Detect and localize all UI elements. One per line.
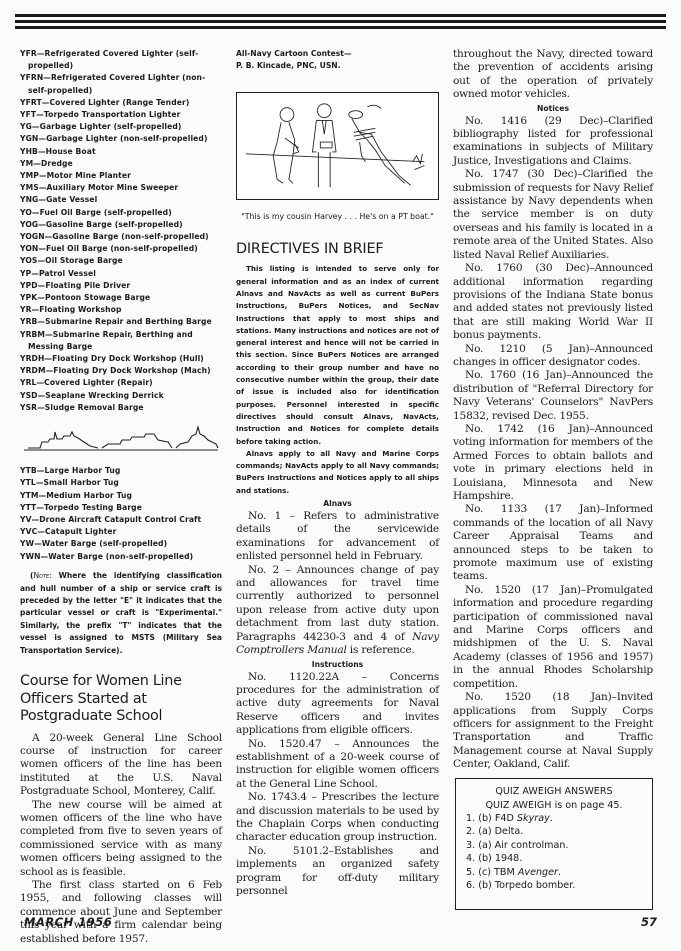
list-item: YOS—Oil Storage Barge: [20, 255, 222, 267]
list-item: YPD—Floating Pile Driver: [20, 280, 222, 292]
list-item: YOGN—Gasoline Barge (non-self-propelled): [20, 231, 222, 243]
list-item: YTB—Large Harbor Tug: [20, 465, 222, 477]
list-item: YOG—Gasoline Barge (self-propelled): [20, 219, 222, 231]
list-item: YFRN—Refrigerated Covered Lighter (non-s…: [20, 72, 222, 96]
list-item: YVC—Catapult Lighter: [20, 526, 222, 538]
list-item: YHB—House Boat: [20, 146, 222, 158]
list-item: YV—Drone Aircraft Catapult Control Craft: [20, 514, 222, 526]
page-number: 57: [641, 915, 657, 929]
cartoon-illustration: [236, 92, 439, 200]
note-label: Note:: [33, 571, 51, 580]
quiz-answer: 5. (c) TBM Avenger.: [466, 866, 642, 879]
list-item: YFT—Torpedo Transportation Lighter: [20, 109, 222, 121]
instruction-item: No. 1520.47 – Announces the establishmen…: [236, 738, 439, 792]
quiz-title: QUIZ AWEIGH ANSWERS: [466, 785, 642, 799]
instruction-item: No. 5101.2–Establishes and implements an…: [236, 845, 439, 899]
ships-silhouette-divider-icon: [20, 422, 222, 454]
list-item: YTM—Medium Harbor Tug: [20, 490, 222, 502]
notices-heading: Notices: [453, 103, 653, 114]
notice-item: No. 1210 (5 Jan)–Announced changes in of…: [453, 343, 653, 370]
notice-item: No. 1742 (16 Jan)–Announced voting infor…: [453, 423, 653, 503]
notice-item: No. 1520 (17 Jan)–Promulgated informatio…: [453, 584, 653, 691]
classification-list-b: YTB—Large Harbor Tug YTL—Small Harbor Tu…: [20, 465, 222, 563]
quiz-answer: 6. (b) Torpedo bomber.: [466, 879, 642, 892]
list-item: YSD—Seaplane Wrecking Derrick: [20, 390, 222, 402]
list-item: YRL—Covered Lighter (Repair): [20, 377, 222, 389]
quiz-subtitle: QUIZ AWEIGH is on page 45.: [466, 799, 642, 813]
cartoon-caption: "This is my cousin Harvey . . . He's on …: [236, 211, 439, 223]
notice-item: No. 1760 (16 Jan)–Announced the distribu…: [453, 369, 653, 423]
list-item: YGN—Garbage Lighter (non-self-propelled): [20, 133, 222, 145]
list-item: YRBM—Submarine Repair, Berthing and Mess…: [20, 329, 222, 353]
notice-item: No. 1747 (30 Dec)–Clarified the submissi…: [453, 168, 653, 262]
article-headline: Course for Women Line Officers Started a…: [20, 673, 222, 726]
directives-applicability: Alnavs apply to all Navy and Marine Corp…: [236, 448, 439, 497]
alnav-item: No. 2 – Announces change of pay and allo…: [236, 564, 439, 658]
list-item: YRDH—Floating Dry Dock Workshop (Hull): [20, 353, 222, 365]
list-item: YR—Floating Workshop: [20, 304, 222, 316]
directives-intro: This listing is intended to serve only f…: [236, 263, 439, 447]
list-item: YO—Fuel Oil Barge (self-propelled): [20, 207, 222, 219]
instruction-item: No. 1120.22A – Concerns procedures for t…: [236, 671, 439, 738]
list-item: YM—Dredge: [20, 158, 222, 170]
note-text: Where the identifying classification and…: [20, 571, 222, 654]
list-item: YP—Patrol Vessel: [20, 268, 222, 280]
quiz-answer: 2. (a) Delta.: [466, 825, 642, 838]
column-1: YFR—Refrigerated Covered Lighter (self-p…: [20, 48, 222, 946]
notice-item: No. 1520 (18 Jan)–Invited applications f…: [453, 691, 653, 771]
quiz-answer: 3. (a) Air controlman.: [466, 839, 642, 852]
list-item: YG—Garbage Lighter (self-propelled): [20, 121, 222, 133]
header-rules: [15, 14, 666, 32]
instructions-heading: Instructions: [236, 659, 439, 670]
issue-date-footer: MARCH 1956: [24, 915, 112, 929]
directives-title: DIRECTIVES IN BRIEF: [236, 241, 439, 257]
cartoon-credit-line2: P. B. Kincade, PNC, USN.: [236, 60, 439, 72]
list-item: YW—Water Barge (self-propelled): [20, 538, 222, 550]
article-paragraph: A 20-week General Line School course of …: [20, 732, 222, 799]
article-paragraph: The first class started on 6 Feb 1955, a…: [20, 879, 222, 946]
list-item: YMS—Auxiliary Motor Mine Sweeper: [20, 182, 222, 194]
list-item: YTT—Torpedo Testing Barge: [20, 502, 222, 514]
quiz-answers-box: QUIZ AWEIGH ANSWERS QUIZ AWEIGH is on pa…: [455, 778, 653, 910]
quiz-answer: 4. (b) 1948.: [466, 852, 642, 865]
column-2: All-Navy Cartoon Contest— P. B. Kincade,…: [236, 48, 439, 898]
column-3: throughout the Navy, directed toward the…: [453, 48, 653, 772]
list-item: YON—Fuel Oil Barge (non-self-propelled): [20, 243, 222, 255]
list-item: YTL—Small Harbor Tug: [20, 477, 222, 489]
list-item: YMP—Motor Mine Planter: [20, 170, 222, 182]
instruction-item: No. 1743.4 – Prescribes the lecture and …: [236, 791, 439, 845]
classification-list-a: YFR—Refrigerated Covered Lighter (self-p…: [20, 48, 222, 414]
alnav-item-tail: is reference.: [347, 644, 415, 656]
classification-note: (Note: Where the identifying classificat…: [20, 570, 222, 657]
notice-item: No. 1416 (29 Dec)–Clarified bibliography…: [453, 115, 653, 169]
list-item: YRB—Submarine Repair and Berthing Barge: [20, 316, 222, 328]
list-item: YFR—Refrigerated Covered Lighter (self-p…: [20, 48, 222, 72]
list-item: YNG—Gate Vessel: [20, 194, 222, 206]
alnavs-heading: Alnavs: [236, 498, 439, 509]
instruction-item-continued: throughout the Navy, directed toward the…: [453, 48, 653, 102]
quiz-answer: 1. (b) F4D Skyray.: [466, 812, 642, 825]
alnav-item-text: No. 2 – Announces change of pay and allo…: [236, 564, 439, 643]
list-item: YFRT—Covered Lighter (Range Tender): [20, 97, 222, 109]
cartoon-credit-line1: All-Navy Cartoon Contest—: [236, 48, 439, 60]
list-item: YWN—Water Barge (non-self-propelled): [20, 551, 222, 563]
article-paragraph: The new course will be aimed at women of…: [20, 799, 222, 879]
notice-item: No. 1133 (17 Jan)–Informed commands of t…: [453, 503, 653, 583]
notice-item: No. 1760 (30 Dec)–Announced additional i…: [453, 262, 653, 342]
list-item: YRDM—Floating Dry Dock Workshop (Mach): [20, 365, 222, 377]
alnav-item: No. 1 – Refers to administrative details…: [236, 510, 439, 564]
list-item: YSR—Sludge Removal Barge: [20, 402, 222, 414]
list-item: YPK—Pontoon Stowage Barge: [20, 292, 222, 304]
